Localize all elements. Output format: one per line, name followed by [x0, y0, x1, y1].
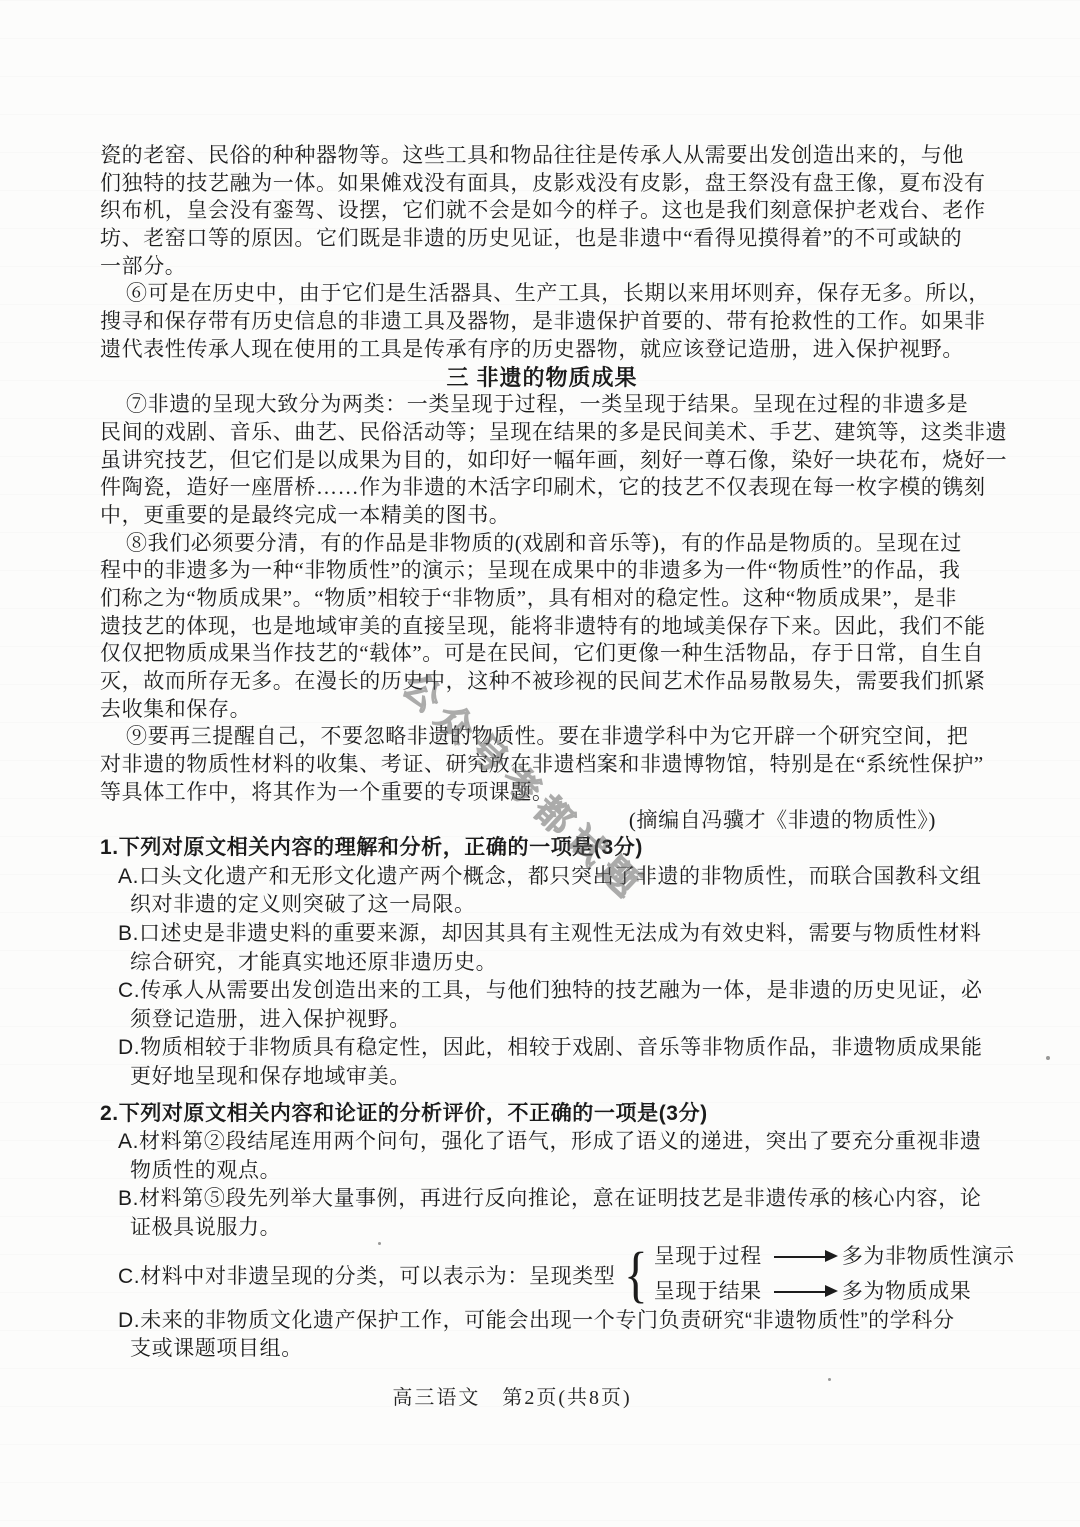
question-2-stem: 2.下列对原文相关内容和论证的分析评价，不正确的一项是(3分) — [100, 1100, 984, 1129]
q1-option-c-line: C.传承人从需要出发创造出来的工具，与他们独特的技艺融为一体，是非遗的历史见证，… — [100, 977, 984, 1006]
question-1-stem: 1.下列对原文相关内容的理解和分析，正确的一项是(3分) — [100, 834, 984, 863]
q2-option-b-line: B.材料第⑤段先列举大量事例，再进行反向推论，意在证明技艺是非遗传承的核心内容，… — [100, 1185, 984, 1214]
passage-line: ⑦非遗的呈现大致分为两类：一类呈现于过程，一类呈现于结果。呈现在过程的非遗多是 — [100, 391, 984, 419]
branch-left-label: 呈现于过程 — [654, 1243, 762, 1271]
right-arrow-icon — [774, 1291, 826, 1293]
diagram-branches: 呈现于过程 多为非物质性演示 呈现于结果 多为物质成果 — [654, 1243, 1015, 1306]
diagram-branch: 呈现于结果 多为物质成果 — [654, 1278, 1015, 1306]
passage-line: ⑨要再三提醒自己，不要忽略非遗的物质性。要在非遗学科中为它开辟一个研究空间，把 — [100, 723, 984, 751]
branch-left-label: 呈现于结果 — [654, 1278, 762, 1306]
passage-line: 瓷的老窑、民俗的种种器物等。这些工具和物品往往是传承人从需要出发创造出来的，与他 — [100, 142, 984, 170]
scan-speck — [1046, 1056, 1050, 1060]
passage-line: 一部分。 — [100, 253, 984, 281]
q2-option-d-line: 支或课题项目组。 — [100, 1335, 984, 1364]
passage-line: 搜寻和保存带有历史信息的非遗工具及器物，是非遗保护首要的、带有抢救性的工作。如果… — [100, 308, 984, 336]
right-arrow-icon — [774, 1256, 826, 1258]
passage-line: 仅仅把物质成果当作技艺的“载体”。可是在民间，它们更像一种生活物品，存于日常，自… — [100, 640, 984, 668]
section-heading: 三 非遗的物质成果 — [100, 364, 984, 392]
passage-line: 中，更重要的是最终完成一本精美的图书。 — [100, 502, 984, 530]
passage-line: 对非遗的物质性材料的收集、考证、研究放在非遗档案和非遗博物馆，特别是在“系统性保… — [100, 751, 984, 779]
text-column: 瓷的老窑、民俗的种种器物等。这些工具和物品往往是传承人从需要出发创造出来的，与他… — [100, 142, 984, 1364]
q2-option-b-line: 证极具说服力。 — [100, 1214, 984, 1243]
passage-line: 件陶瓷，造好一座厝桥……作为非遗的木活字印刷术，它的技艺不仅表现在每一枚字模的镌… — [100, 474, 984, 502]
passage-line: 等具体工作中，将其作为一个重要的专项课题。 — [100, 779, 984, 807]
passage-line: 织布机，皇会没有銮驾、设摆，它们就不会是如今的样子。这也是我们刻意保护老戏台、老… — [100, 197, 984, 225]
q2-option-a-line: A.材料第②段结尾连用两个问句，强化了语气，形成了语义的递进，突出了要充分重视非… — [100, 1128, 984, 1157]
page-footer: 高三语文 第2页(共8页) — [0, 1381, 1052, 1410]
q1-option-d-line: D.物质相较于非物质具有稳定性，因此，相较于戏剧、音乐等非物质作品，非遗物质成果… — [100, 1034, 984, 1063]
passage-line: 遗代表性传承人现在使用的工具是传承有序的历史器物，就应该登记造册，进入保护视野。 — [100, 336, 984, 364]
passage-line: 虽讲究技艺，但它们是以成果为目的，如印好一幅年画，刻好一尊石像，染好一块花布，烧… — [100, 447, 984, 475]
q1-option-c-line: 须登记造册，进入保护视野。 — [100, 1006, 984, 1035]
branch-right-label: 多为非物质性演示 — [842, 1243, 1015, 1271]
passage-line: ⑥可是在历史中，由于它们是生活器具、生产工具，长期以来用坏则弃，保存无多。所以， — [100, 280, 984, 308]
passage-line: 遗技艺的体现，也是地域审美的直接呈现，能将非遗特有的地域美保存下来。因此，我们不… — [100, 613, 984, 641]
q1-option-a-line: A.口头文化遗产和无形文化遗产两个概念，都只突出了非遗的非物质性，而联合国教科文… — [100, 863, 984, 892]
passage-line: 民间的戏剧、音乐、曲艺、民俗活动等；呈现在结果的多是民间美术、手艺、建筑等，这类… — [100, 419, 984, 447]
q1-option-b-line: 综合研究，才能真实地还原非遗历史。 — [100, 949, 984, 978]
diagram-branch: 呈现于过程 多为非物质性演示 — [654, 1243, 1015, 1271]
passage-line: 们独特的技艺融为一体。如果傩戏没有面具，皮影戏没有皮影，盘王祭没有盘王像，夏布没… — [100, 170, 984, 198]
q2-option-a-line: 物质性的观点。 — [100, 1157, 984, 1186]
scan-speck — [378, 1242, 381, 1245]
q2-option-c-diagram: C.材料中对非遗呈现的分类，可以表示为：呈现类型 { 呈现于过程 多为非物质性演… — [100, 1243, 984, 1307]
passage-line: 坊、老窑口等的原因。它们既是非遗的历史见证，也是非遗中“看得见摸得着”的不可或缺… — [100, 225, 984, 253]
exam-page: 公众号考都试题 瓷的老窑、民俗的种种器物等。这些工具和物品往往是传承人从需要出发… — [0, 0, 1080, 1527]
passage-line: 程中的非遗多为一种“非物质性”的演示；呈现在成果中的非遗多为一件“物质性”的作品… — [100, 557, 984, 585]
q2-option-d-line: D.未来的非物质文化遗产保护工作，可能会出现一个专门负责研究“非遗物质性”的学科… — [100, 1307, 984, 1336]
q1-option-d-line: 更好地呈现和保存地域审美。 — [100, 1063, 984, 1092]
q1-option-b-line: B.口述史是非遗史料的重要来源，却因其具有主观性无法成为有效史料，需要与物质性材… — [100, 920, 984, 949]
branch-right-label: 多为物质成果 — [842, 1278, 972, 1306]
passage-attribution: (摘编自冯骥才《非遗的物质性》) — [100, 807, 984, 835]
passage-line: 灭，故而所存无多。在漫长的历史中，这种不被珍视的民间艺术作品易散易失，需要我们抓… — [100, 668, 984, 696]
q1-option-a-line: 织对非遗的定义则突破了这一局限。 — [100, 891, 984, 920]
passage-line: 们称之为“物质成果”。“物质”相较于“非物质”，具有相对的稳定性。这种“物质成果… — [100, 585, 984, 613]
brace-glyph: { — [624, 1243, 648, 1307]
passage-line: ⑧我们必须要分清，有的作品是非物质的(戏剧和音乐等)，有的作品是物质的。呈现在过 — [100, 530, 984, 558]
q2-option-c-prefix: C.材料中对非遗呈现的分类，可以表示为：呈现类型 — [118, 1260, 615, 1290]
passage-line: 去收集和保存。 — [100, 696, 984, 724]
scan-speck — [828, 1378, 831, 1381]
